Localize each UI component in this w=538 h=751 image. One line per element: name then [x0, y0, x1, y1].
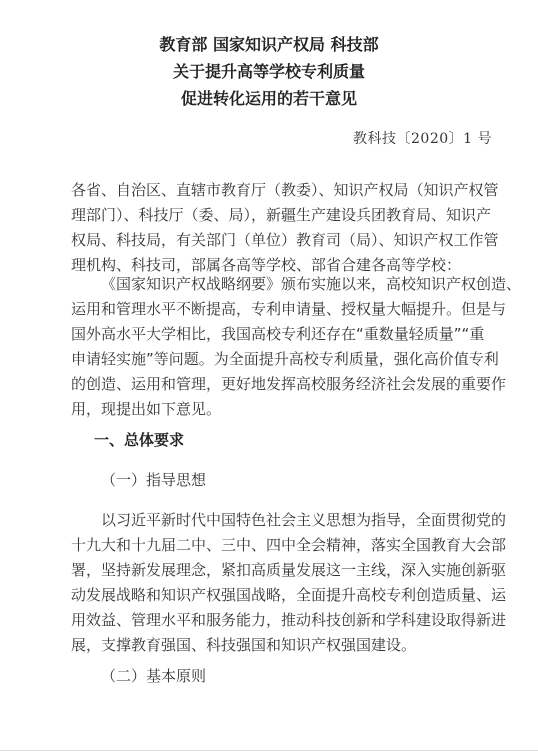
intro-line: 运用和管理水平不断提高，专利申请量、授权量大幅提升。但是与 [71, 297, 476, 322]
section-heading: 一、总体要求 [94, 428, 184, 453]
document-number: 教科技〔2020〕1 号 [353, 128, 492, 148]
intro-line: 的创造、运用和管理，更好地发挥高校服务经济社会发展的重要作 [71, 372, 476, 397]
guiding-paragraph: 以习近平新时代中国特色社会主义思想为指导，全面贯彻党的 十九大和十九届二中、三中… [71, 508, 476, 658]
document-page: 教育部 国家知识产权局 科技部 关于提升高等学校专利质量 促进转化运用的若干意见… [0, 0, 538, 751]
title-line-3: 促进转化运用的若干意见 [0, 85, 538, 112]
intro-line: 申请轻实施”等问题。为全面提升高校专利质量，强化高价值专利 [71, 347, 476, 372]
intro-paragraph: 《国家知识产权战略纲要》颁布实施以来，高校知识产权创造、 运用和管理水平不断提高… [71, 272, 476, 422]
subsection-heading: （一）指导思想 [101, 468, 206, 493]
guiding-line: 十九大和十九届二中、三中、四中全会精神，落实全国教育大会部 [71, 533, 476, 558]
title-line-2: 关于提升高等学校专利质量 [0, 58, 538, 85]
document-title: 教育部 国家知识产权局 科技部 关于提升高等学校专利质量 促进转化运用的若干意见 [0, 31, 538, 112]
title-line-1: 教育部 国家知识产权局 科技部 [0, 31, 538, 58]
addressee-line: 权局、科技局，有关部门（单位）教育司（局）、知识产权工作管 [71, 228, 476, 253]
subsection-heading: （二）基本原则 [101, 664, 206, 689]
guiding-line: 动发展战略和知识产权强国战略，全面提升高校专利创造质量、运 [71, 583, 476, 608]
guiding-line: 用效益、管理水平和服务能力，推动科技创新和学科建设取得新进 [71, 608, 476, 633]
guiding-line: 以习近平新时代中国特色社会主义思想为指导，全面贯彻党的 [71, 508, 476, 533]
intro-line: 《国家知识产权战略纲要》颁布实施以来，高校知识产权创造、 [71, 272, 476, 297]
guiding-line: 展，支撑教育强国、科技强国和知识产权强国建设。 [71, 633, 476, 658]
addressee-line: 各省、自治区、直辖市教育厅（教委）、知识产权局（知识产权管 [71, 178, 476, 203]
intro-line: 国外高水平大学相比，我国高校专利还存在“重数量轻质量”“重 [71, 322, 476, 347]
addressee-line: 理部门）、科技厅（委、局），新疆生产建设兵团教育局、知识产 [71, 203, 476, 228]
intro-line: 用，现提出如下意见。 [71, 397, 476, 422]
guiding-line: 署，坚持新发展理念，紧扣高质量发展这一主线，深入实施创新驱 [71, 558, 476, 583]
addressee-paragraph: 各省、自治区、直辖市教育厅（教委）、知识产权局（知识产权管 理部门）、科技厅（委… [71, 178, 476, 278]
